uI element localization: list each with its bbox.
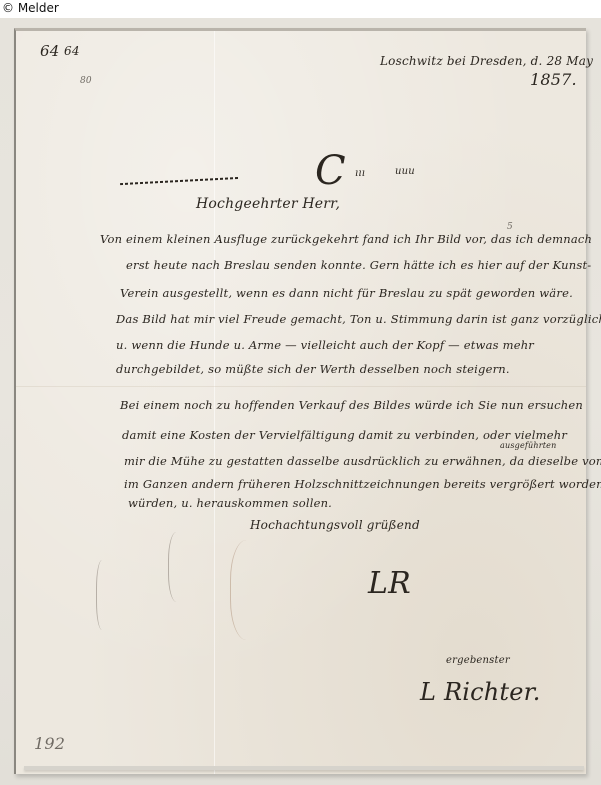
closing: Hochachtungsvoll grüßend (250, 518, 420, 532)
monogram: LR (368, 566, 411, 601)
paragraph-2-line-3: mir die Mühe zu gestatten dasselbe ausdr… (124, 454, 601, 468)
paragraph-1-line-6: durchgebildet, so müßte sich der Werth d… (116, 362, 510, 376)
paragraph-2-line-1: Bei einem noch zu hoffenden Verkauf des … (120, 398, 583, 412)
archive-mark-2: 64 (64, 44, 80, 58)
page-edge (24, 766, 584, 770)
signoff: ergebenster (446, 655, 510, 666)
paragraph-1-line-5: u. wenn die Hunde u. Arme — vielleicht a… (116, 338, 534, 352)
paragraph-1-line-4: Das Bild hat mir viel Freude gemacht, To… (116, 312, 601, 326)
salutation-flourish-mark-1: ııı (355, 168, 365, 179)
paragraph-2-line-4: im Ganzen andern früheren Holzschnittzei… (124, 477, 601, 491)
archive-mark-1: 64 (40, 42, 60, 60)
paragraph-1-line-1: Von einem kleinen Ausfluge zurückgekehrt… (100, 232, 592, 246)
fold-line-horizontal (16, 386, 586, 387)
paragraph-1-line-2: erst heute nach Breslau senden konnte. G… (126, 258, 591, 272)
watermark: © Melder (2, 0, 59, 16)
paragraph-2-line-5: würden, u. herauskommen sollen. (128, 496, 332, 510)
interlinear-insertion: ausgeführten (500, 441, 556, 450)
sketch-figure (230, 540, 271, 640)
paragraph-2-line-2: damit eine Kosten der Vervielfältigung d… (122, 428, 567, 442)
salutation-flourish: C (315, 148, 346, 194)
archive-mark-3: 80 (80, 76, 92, 86)
salutation: Hochgeehrter Herr, (196, 196, 340, 212)
sketch-profile (168, 532, 189, 602)
sketch-lines (96, 560, 111, 630)
dateline-place: Loschwitz bei Dresden, d. 28 May (380, 54, 593, 68)
paragraph-1-line-3: Verein ausgestellt, wenn es dann nicht f… (120, 286, 573, 300)
signature: L Richter. (420, 678, 541, 706)
archive-mark-bottom: 192 (34, 734, 65, 753)
salutation-flourish-mark-2: uuu (395, 166, 415, 177)
dateline-year: 1857. (530, 70, 577, 89)
page-marker: 5 (507, 222, 513, 232)
